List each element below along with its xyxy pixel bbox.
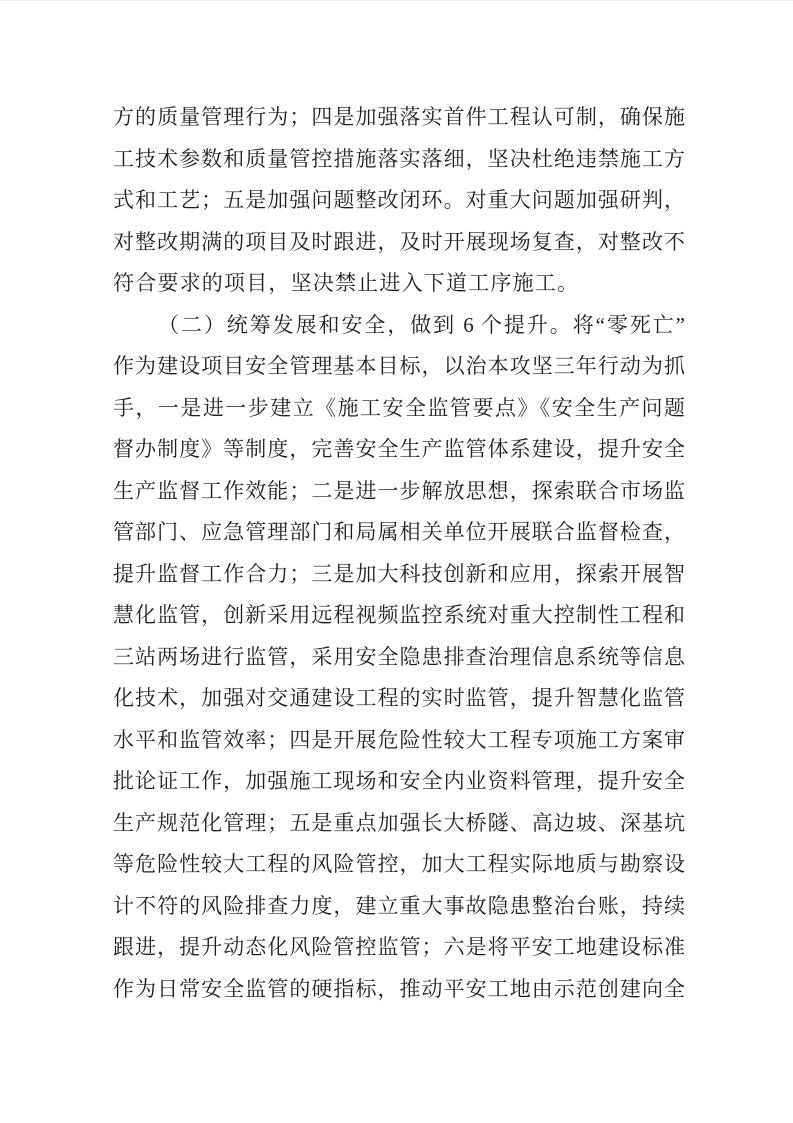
text-line: 等危险性较大工程的风险管控，加大工程实际地质与勘察设 (113, 844, 685, 886)
text-line: 督办制度》等制度，完善安全生产监管体系建设，提升安全 (113, 429, 685, 471)
text-line: 管部门、应急管理部门和局属相关单位开展联合监督检查， (113, 512, 685, 554)
paragraph-quality-management-closure: 方的质量管理行为；四是加强落实首件工程认可制，确保施工技术参数和质量管控措施落实… (113, 97, 685, 305)
text-line: 批论证工作，加强施工现场和安全内业资料管理，提升安全 (113, 761, 685, 803)
text-line: 化技术，加强对交通建设工程的实时监管，提升智慧化监管 (113, 678, 685, 720)
text-line: 计不符的风险排查力度，建立重大事故隐患整治台账，持续 (113, 886, 685, 928)
text-line: 对整改期满的项目及时跟进，及时开展现场复查，对整改不 (113, 222, 685, 264)
text-line: 水平和监管效率；四是开展危险性较大工程专项施工方案审 (113, 720, 685, 762)
text-line: 式和工艺；五是加强问题整改闭环。对重大问题加强研判， (113, 180, 685, 222)
text-line: 工技术参数和质量管控措施落实落细，坚决杜绝违禁施工方 (113, 139, 685, 181)
document-body-text: 方的质量管理行为；四是加强落实首件工程认可制，确保施工技术参数和质量管控措施落实… (113, 97, 685, 1010)
paragraph-safety-six-improvements: （二）统筹发展和安全，做到 6 个提升。将“零死亡”作为建设项目安全管理基本目标… (113, 305, 685, 1011)
text-line: 作为日常安全监管的硬指标，推动平安工地由示范创建向全 (113, 969, 685, 1011)
text-line: （二）统筹发展和安全，做到 6 个提升。将“零死亡” (113, 305, 685, 347)
text-line: 方的质量管理行为；四是加强落实首件工程认可制，确保施 (113, 97, 685, 139)
text-line: 手，一是进一步建立《施工安全监管要点》《安全生产问题 (113, 388, 685, 430)
text-line: 慧化监管，创新采用远程视频监控系统对重大控制性工程和 (113, 595, 685, 637)
document-page: 方的质量管理行为；四是加强落实首件工程认可制，确保施工技术参数和质量管控措施落实… (0, 0, 793, 1123)
text-line: 作为建设项目安全管理基本目标，以治本攻坚三年行动为抓 (113, 346, 685, 388)
text-line: 生产监督工作效能；二是进一步解放思想，探索联合市场监 (113, 471, 685, 513)
text-line: 符合要求的项目，坚决禁止进入下道工序施工。 (113, 263, 685, 305)
text-line: 三站两场进行监管，采用安全隐患排查治理信息系统等信息 (113, 637, 685, 679)
text-line: 提升监督工作合力；三是加大科技创新和应用，探索开展智 (113, 554, 685, 596)
text-line: 跟进，提升动态化风险管控监管；六是将平安工地建设标准 (113, 927, 685, 969)
text-line: 生产规范化管理；五是重点加强长大桥隧、高边坡、深基坑 (113, 803, 685, 845)
